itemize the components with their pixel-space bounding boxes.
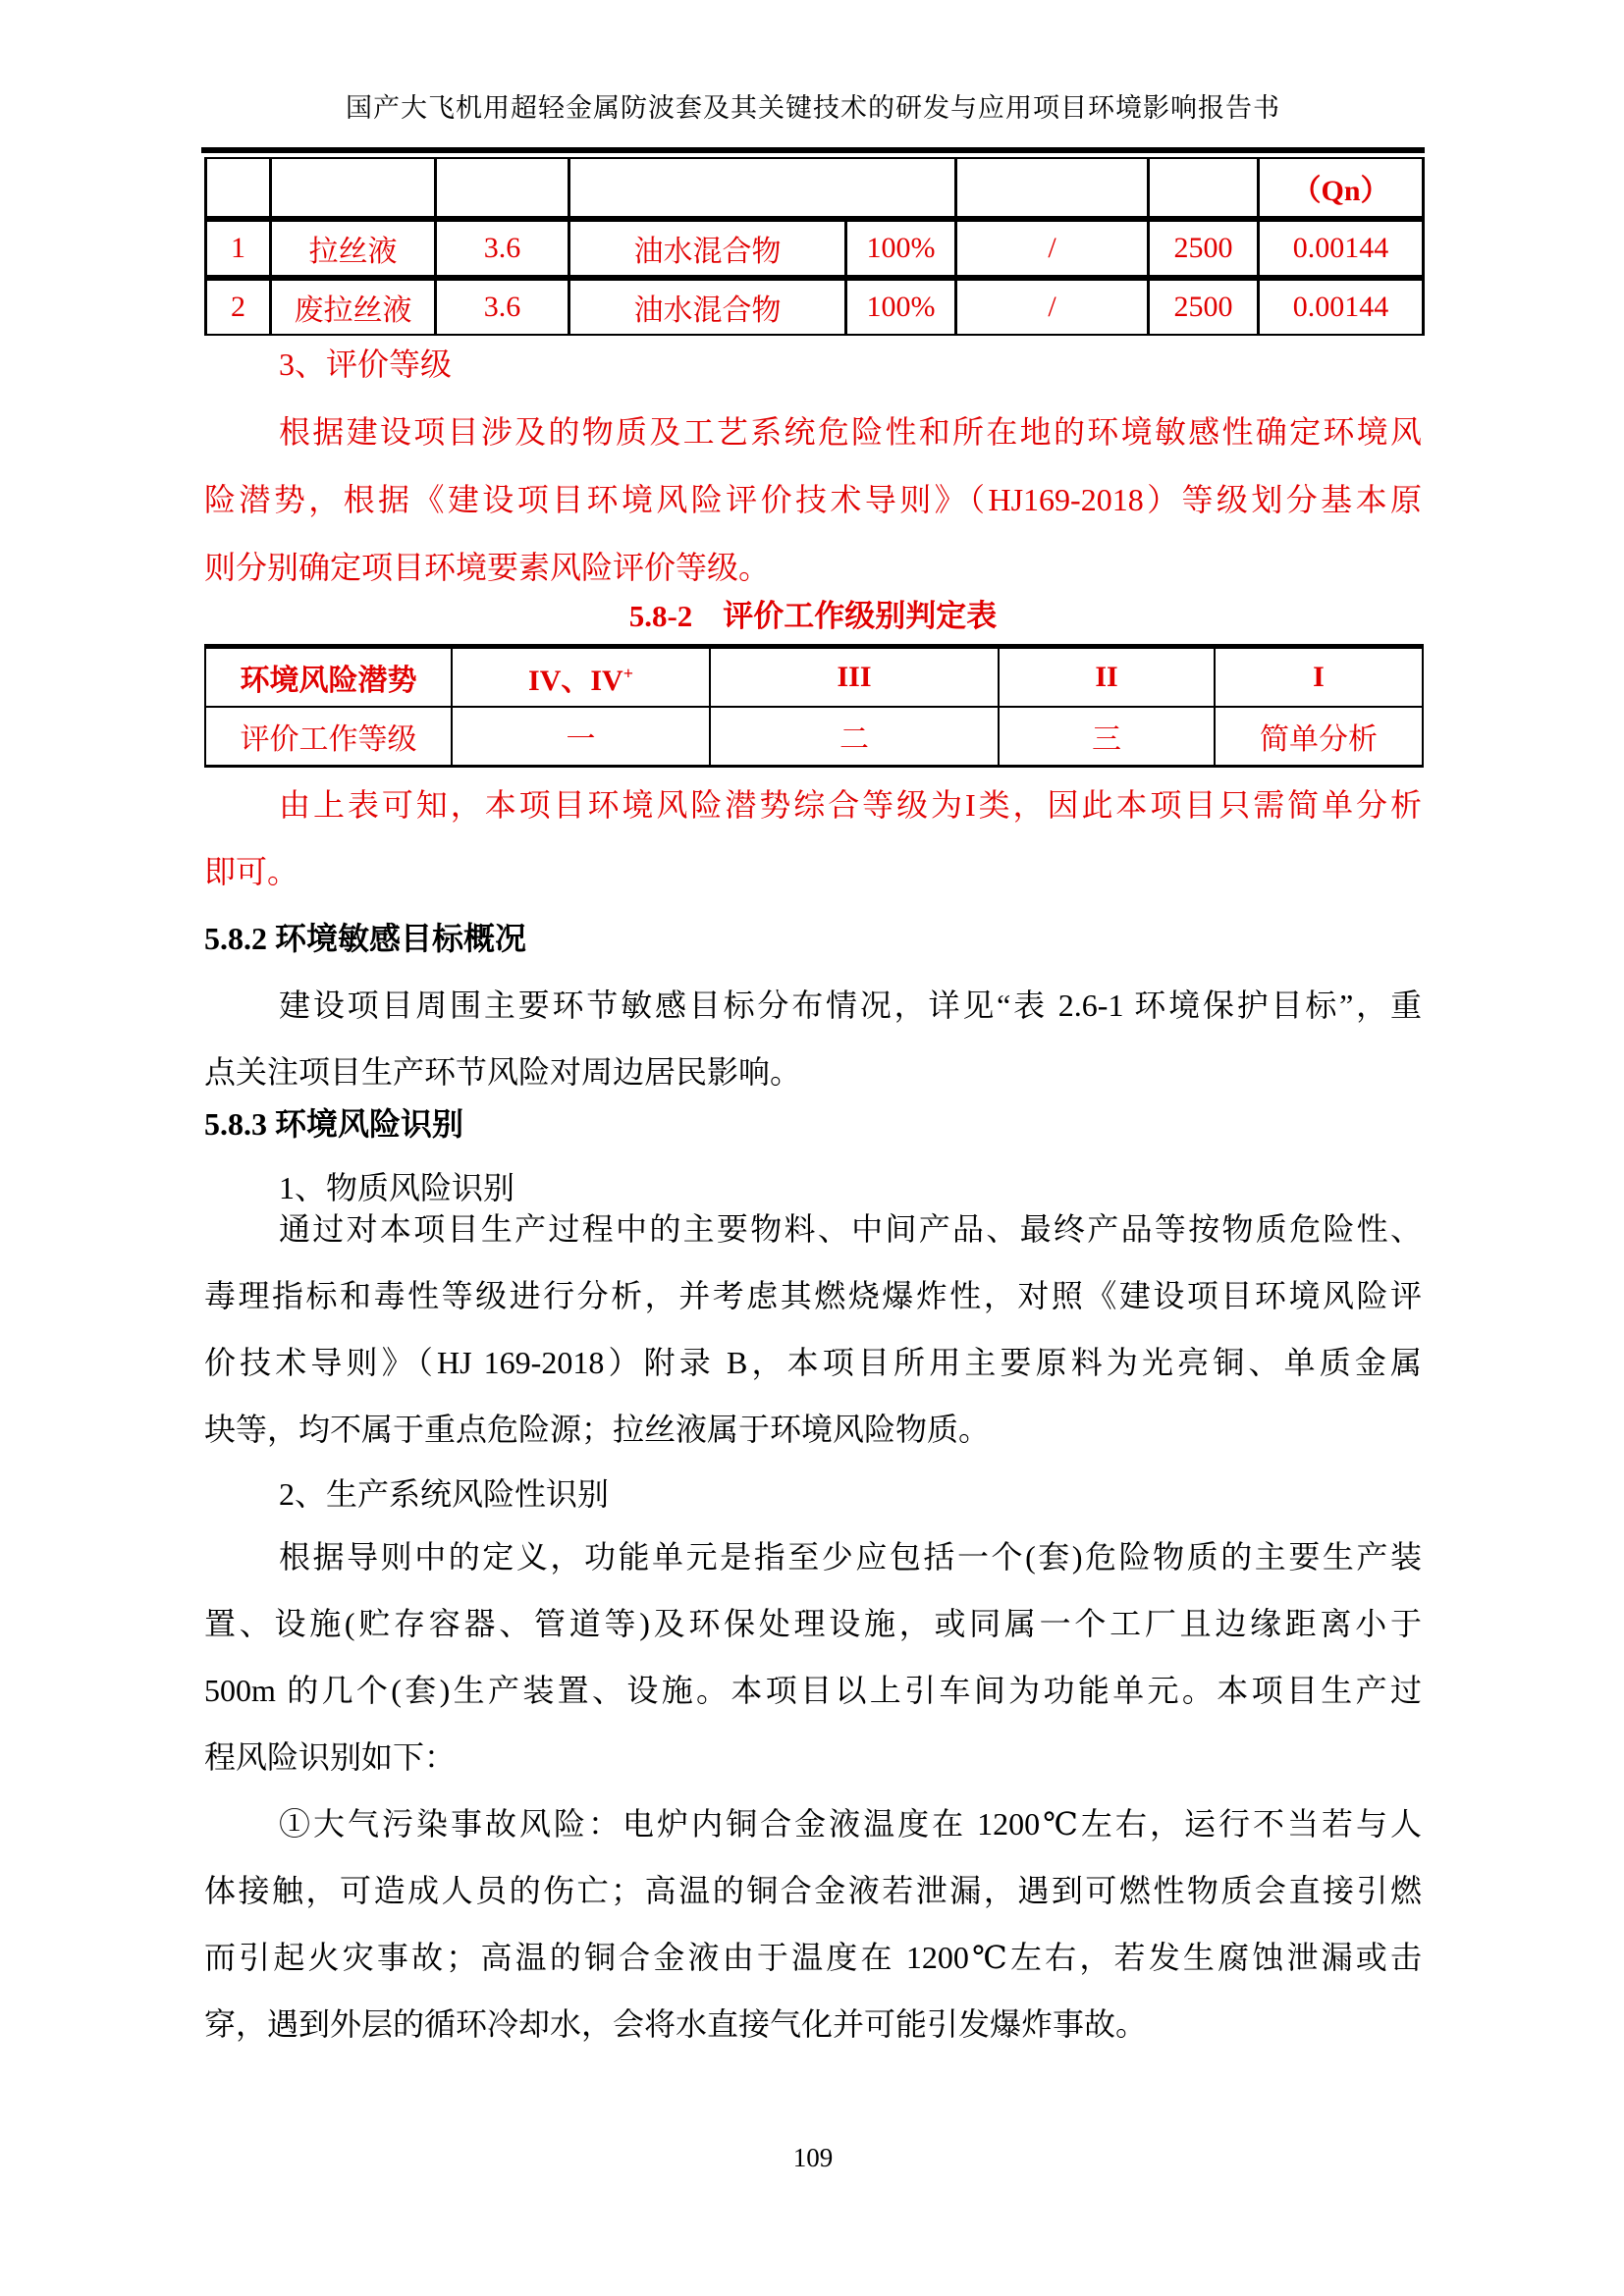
table-row: 1 拉丝液 3.6 油水混合物 100% / 2500 0.00144 (206, 219, 1424, 278)
cell-slash: / (956, 219, 1149, 278)
header-cell-grade-iv: IV、IV+ (452, 647, 710, 708)
cell-percent: 100% (846, 278, 956, 335)
heading-5-8-3: 5.8.3 环境风险识别 (204, 1102, 1422, 1146)
paragraph-line: 则分别确定项目环境要素风险评价等级。 (204, 546, 1422, 589)
paragraph-line: 根据导则中的定义，功能单元是指至少应包括一个(套)危险物质的主要生产装 (204, 1535, 1422, 1578)
header-cell-grade-iii: III (710, 647, 999, 708)
header-cell-empty (956, 158, 1149, 219)
cell-simple-analysis: 简单分析 (1215, 707, 1423, 767)
cell-material: 废拉丝液 (271, 278, 436, 335)
table-5-8-2-title: 5.8-2 评价工作级别判定表 (204, 593, 1422, 640)
header-cell-grade-i: I (1215, 647, 1423, 708)
paragraph-line: 点关注项目生产环节风险对周边居民影响。 (204, 1050, 1422, 1094)
table-header-row: 环境风险潜势 IV、IV+ III II I (205, 647, 1423, 708)
paragraph-line: 而引起火灾事故；高温的铜合金液由于温度在 1200℃左右，若发生腐蚀泄漏或击 (204, 1936, 1422, 1979)
document-header-title: 国产大飞机用超轻金属防波套及其关键技术的研发与应用项目环境影响报告书 (204, 86, 1422, 130)
paragraph-line: 建设项目周围主要环节敏感目标分布情况，详见“表 2.6-1 环境保护目标”，重 (204, 984, 1422, 1027)
header-cell-empty (1149, 158, 1259, 219)
header-cell-empty (271, 158, 436, 219)
cell-work-grade-label: 评价工作等级 (205, 707, 452, 767)
grade-iv-superscript: + (623, 664, 633, 683)
cell-slash: / (956, 278, 1149, 335)
paragraph-line: 置、设施(贮存容器、管道等)及环保处理设施，或同属一个工厂且边缘距离小于 (204, 1602, 1422, 1645)
paragraph-line: 险潜势，根据《建设项目环境风险评价技术导则》（HJ169-2018）等级划分基本… (204, 478, 1422, 521)
paragraph-line: 体接触，可造成人员的伤亡；高温的铜合金液若泄漏，遇到可燃性物质会直接引燃 (204, 1869, 1422, 1912)
cell-quantity: 3.6 (436, 278, 569, 335)
header-cell-empty (569, 158, 956, 219)
cell-threshold: 2500 (1149, 219, 1259, 278)
paragraph-line: 价技术导则》（HJ 169-2018）附录 B，本项目所用主要原料为光亮铜、单质… (204, 1341, 1422, 1384)
cell-grade-one: 一 (452, 707, 710, 767)
heading-evaluation-grade: 3、评价等级 (204, 343, 1422, 386)
cell-percent: 100% (846, 219, 956, 278)
cell-composition: 油水混合物 (569, 219, 846, 278)
header-cell-qn: （Qn） (1259, 158, 1424, 219)
cell-composition: 油水混合物 (569, 278, 846, 335)
cell-seq: 1 (206, 219, 271, 278)
paragraph-line: 穿，遇到外层的循环冷却水，会将水直接气化并可能引发爆炸事故。 (204, 2002, 1422, 2046)
grade-determination-table: 环境风险潜势 IV、IV+ III II I 评价工作等级 一 二 三 简单分析 (204, 644, 1424, 768)
cell-seq: 2 (206, 278, 271, 335)
paragraph-line: ①大气污染事故风险：电炉内铜合金液温度在 1200℃左右，运行不当若与人 (204, 1802, 1422, 1845)
cell-grade-three: 三 (999, 707, 1215, 767)
table-row: 2 废拉丝液 3.6 油水混合物 100% / 2500 0.00144 (206, 278, 1424, 335)
document-page: 国产大飞机用超轻金属防波套及其关键技术的研发与应用项目环境影响报告书 （Qn） … (0, 0, 1624, 2296)
cell-grade-two: 二 (710, 707, 999, 767)
header-rule (201, 147, 1425, 153)
header-cell-empty (206, 158, 271, 219)
header-cell-risk-potential: 环境风险潜势 (205, 647, 452, 708)
table-header-row: （Qn） (206, 158, 1424, 219)
cell-qn-value: 0.00144 (1259, 219, 1424, 278)
heading-5-8-2: 5.8.2 环境敏感目标概况 (204, 917, 1422, 960)
cell-qn-value: 0.00144 (1259, 278, 1424, 335)
paragraph-line: 根据建设项目涉及的物质及工艺系统危险性和所在地的环境敏感性确定环境风 (204, 410, 1422, 454)
cell-quantity: 3.6 (436, 219, 569, 278)
page-number: 109 (204, 2138, 1422, 2177)
subheading-material-risk: 1、物质风险识别 (204, 1166, 1422, 1209)
cell-threshold: 2500 (1149, 278, 1259, 335)
cell-material: 拉丝液 (271, 219, 436, 278)
paragraph-line: 毒理指标和毒性等级进行分析，并考虑其燃烧爆炸性，对照《建设项目环境风险评 (204, 1274, 1422, 1317)
table-row: 评价工作等级 一 二 三 简单分析 (205, 707, 1423, 767)
header-cell-empty (436, 158, 569, 219)
waste-material-table: （Qn） 1 拉丝液 3.6 油水混合物 100% / 2500 0.00144… (204, 157, 1425, 336)
paragraph-line: 500m 的几个(套)生产装置、设施。本项目以上引车间为功能单元。本项目生产过 (204, 1669, 1422, 1712)
paragraph-line: 通过对本项目生产过程中的主要物料、中间产品、最终产品等按物质危险性、 (204, 1207, 1422, 1251)
paragraph-line: 由上表可知，本项目环境风险潜势综合等级为I类，因此本项目只需简单分析 (204, 783, 1422, 827)
grade-iv-label: IV、IV (528, 665, 623, 697)
header-cell-grade-ii: II (999, 647, 1215, 708)
paragraph-line: 块等，均不属于重点危险源；拉丝液属于环境风险物质。 (204, 1408, 1422, 1451)
subheading-production-risk: 2、生产系统风险性识别 (204, 1472, 1422, 1516)
paragraph-line: 即可。 (204, 850, 1422, 893)
paragraph-line: 程风险识别如下： (204, 1735, 1422, 1779)
